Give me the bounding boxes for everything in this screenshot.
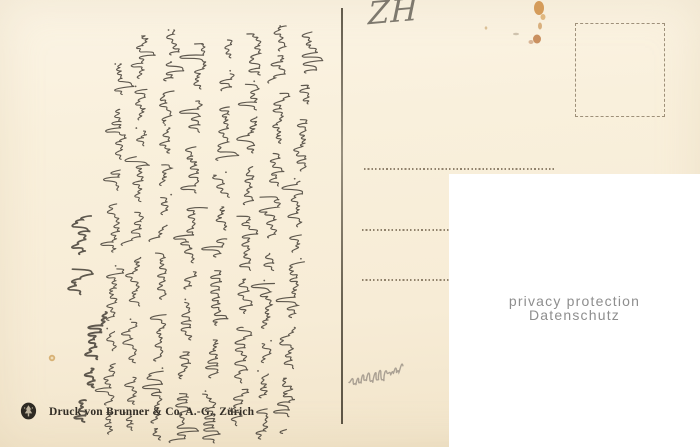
privacy-overlay-line1: privacy protection xyxy=(509,294,640,308)
privacy-overlay-line2: Datenschutz xyxy=(529,308,620,322)
privacy-overlay: privacy protection Datenschutz xyxy=(449,174,700,447)
postcard-back: ZH Druck von Brunner & Co. A.-G., Zürich… xyxy=(0,0,700,447)
